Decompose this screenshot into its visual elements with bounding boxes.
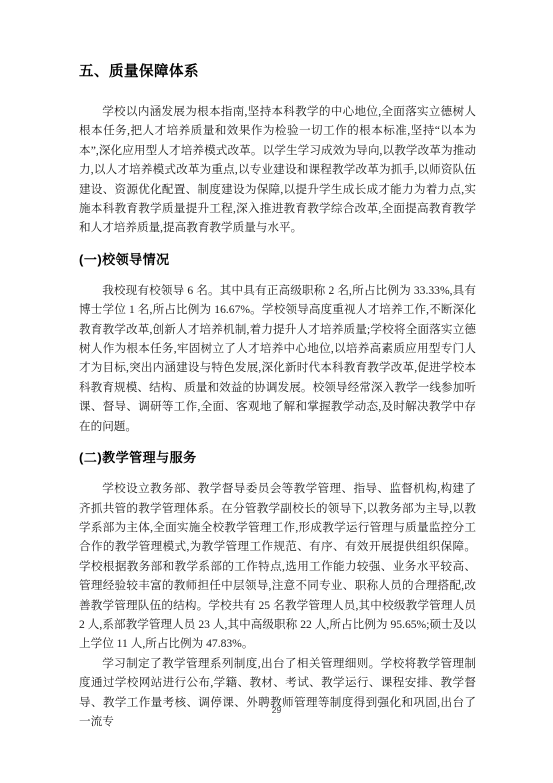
paragraph-school-leadership: 我校现有校领导 6 名。其中具有正高级职称 2 名,所占比例为 33.33%,具… — [79, 281, 476, 436]
document-page: 五、质量保障体系 学校以内涵发展为根本指南,坚持本科教学的中心地位,全面落实立德… — [0, 0, 553, 783]
page-number: 29 — [0, 705, 553, 715]
intro-paragraph: 学校以内涵发展为根本指南,坚持本科教学的中心地位,全面落实立德树人根本任务,把人… — [79, 102, 476, 238]
subsection-heading-teaching-management: (二)教学管理与服务 — [79, 447, 476, 466]
page-content: 五、质量保障体系 学校以内涵发展为根本指南,坚持本科教学的中心地位,全面落实立德… — [79, 60, 476, 731]
paragraph-teaching-management-1: 学校设立教务部、教学督导委员会等教学管理、指导、监督机构,构建了齐抓共管的教学管… — [79, 479, 476, 654]
section-title: 五、质量保障体系 — [79, 60, 476, 81]
subsection-heading-school-leadership: (一)校领导情况 — [79, 249, 476, 268]
paragraph-teaching-management-2: 学习制定了教学管理系列制度,出台了相关管理细则。学校将教学管理制度通过学校网站进… — [79, 654, 476, 732]
